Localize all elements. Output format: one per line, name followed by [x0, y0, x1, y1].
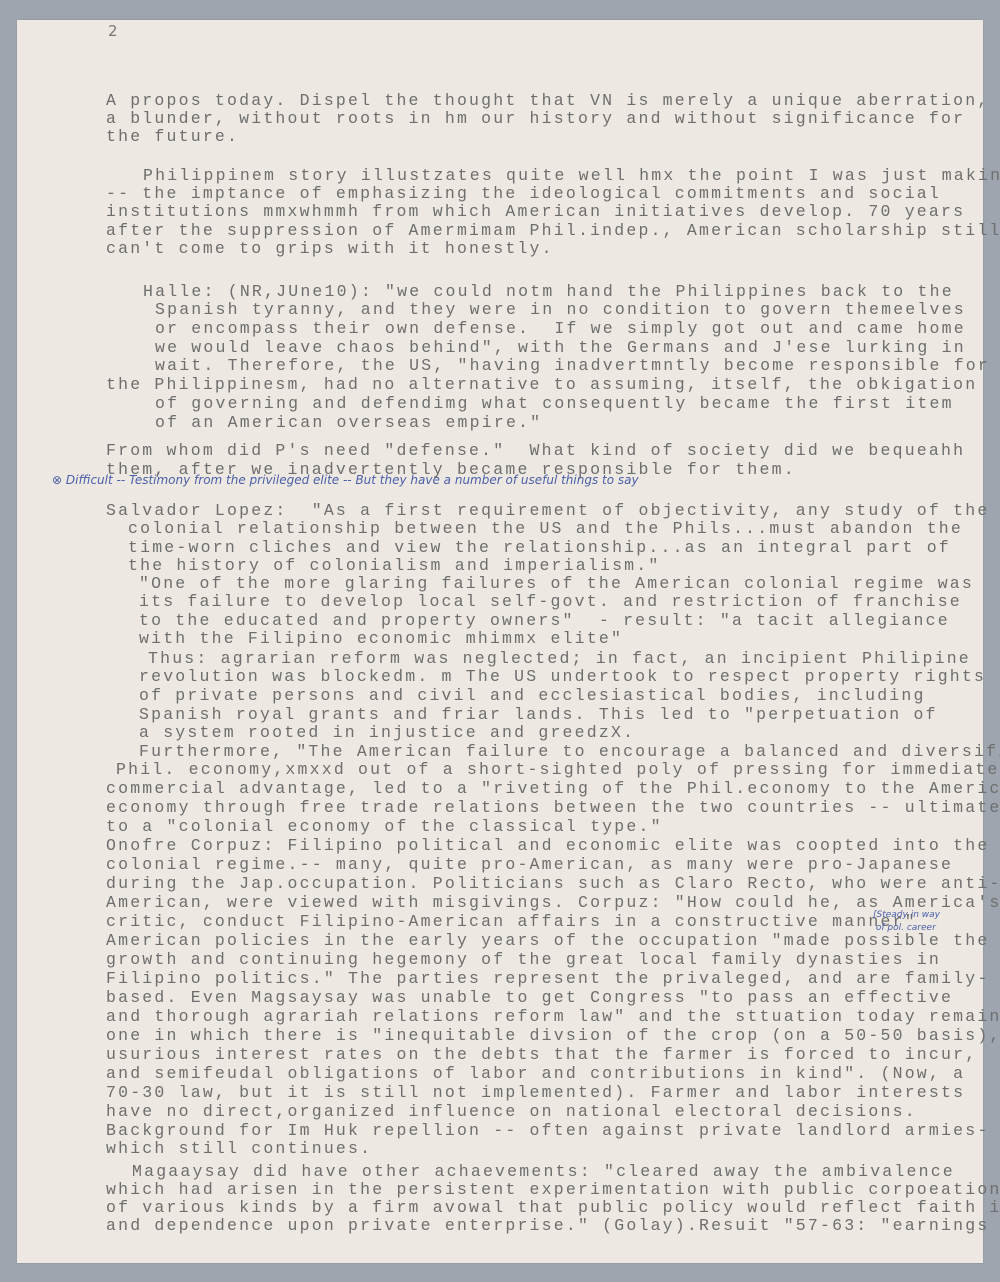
text-line: American policies in the early years of …: [106, 932, 989, 950]
text-line: Onofre Corpuz: Filipino political and ec…: [106, 837, 989, 855]
text-line: its failure to develop local self-govt. …: [139, 593, 962, 611]
text-line: colonial regime.-- many, quite pro-Ameri…: [106, 856, 953, 874]
handwritten-note: of pol. career: [873, 923, 936, 933]
text-line: a system rooted in injustice and greedzX…: [139, 724, 635, 742]
text-line: can't come to grips with it honestly.: [106, 240, 554, 258]
text-line: with the Filipino economic mhimmx elite": [139, 630, 623, 648]
text-line: Filipino politics." The parties represen…: [106, 970, 989, 988]
text-line: to the educated and property owners" - r…: [139, 612, 950, 630]
text-line: based. Even Magsaysay was unable to get …: [106, 989, 953, 1007]
text-line: growth and continuing hegemony of the gr…: [106, 951, 941, 969]
handwritten-note: ⊗ Difficult -- Testimony from the privil…: [52, 473, 639, 487]
text-line: of various kinds by a firm avowal that p…: [106, 1199, 1000, 1217]
text-line: 70-30 law, but it is still not implement…: [106, 1084, 965, 1102]
text-line: institutions mmxwhmmh from which America…: [106, 203, 965, 221]
text-line: revolution was blockedm. m The US undert…: [139, 668, 986, 686]
text-line: critic, conduct Filipino-American affair…: [106, 913, 917, 931]
page-number: 2: [108, 22, 118, 40]
text-line: and semifeudal obligations of labor and …: [106, 1065, 965, 1083]
text-line: a blunder, without roots in hm our histo…: [106, 110, 965, 128]
text-line: commercial advantage, led to a "riveting…: [106, 780, 1000, 798]
text-line: of an American overseas empire.": [155, 414, 542, 432]
text-line: Thus: agrarian reform was neglected; in …: [148, 650, 971, 668]
text-line: the history of colonialism and imperiali…: [128, 557, 660, 575]
text-line: wait. Therefore, the US, "having inadver…: [155, 357, 990, 375]
text-line: Magaaysay did have other achaevements: "…: [132, 1163, 955, 1181]
text-line: we would leave chaos behind", with the G…: [155, 339, 966, 357]
text-line: to a "colonial economy of the classical …: [106, 818, 663, 836]
handwritten-note: [Steady in way: [873, 910, 940, 920]
text-line: the future.: [106, 128, 239, 146]
text-line: American, were viewed with misgivings. C…: [106, 894, 1000, 912]
text-line: "One of the more glaring failures of the…: [139, 575, 974, 593]
text-line: and dependence upon private enterprise."…: [106, 1217, 989, 1235]
text-line: Philippinem story illustzates quite well…: [143, 167, 1000, 185]
text-line: Salvador Lopez: "As a first requirement …: [106, 502, 989, 520]
text-line: A propos today. Dispel the thought that …: [106, 92, 989, 110]
text-line: of private persons and civil and ecclesi…: [139, 687, 926, 705]
text-line: Background for Im Huk repellion -- often…: [106, 1122, 1000, 1140]
text-line: colonial relationship between the US and…: [128, 520, 963, 538]
text-line: of governing and defendimg what conseque…: [155, 395, 954, 413]
text-line: one in which there is "inequitable divsi…: [106, 1027, 1000, 1045]
text-line: Halle: (NR,JUne10): "we could notm hand …: [143, 283, 954, 301]
text-line: Furthermore, "The American failure to en…: [139, 743, 1000, 761]
text-line: From whom did P's need "defense." What k…: [106, 442, 965, 460]
text-line: usurious interest rates on the debts tha…: [106, 1046, 977, 1064]
text-line: -- the imptance of emphasizing the ideol…: [106, 185, 941, 203]
text-line: Spanish tyranny, and they were in no con…: [155, 301, 966, 319]
text-line: after the suppression of Amermimam Phil.…: [106, 222, 1000, 240]
text-line: have no direct,organized influence on na…: [106, 1103, 917, 1121]
text-line: Spanish royal grants and friar lands. Th…: [139, 706, 938, 724]
text-line: which still continues.: [106, 1140, 372, 1158]
text-line: Phil. economy,xmxxd out of a short-sight…: [116, 761, 999, 779]
text-line: and thorough agrariah relations reform l…: [106, 1008, 1000, 1026]
text-line: time-worn cliches and view the relations…: [128, 539, 951, 557]
text-line: during the Jap.occupation. Politicians s…: [106, 875, 1000, 893]
text-line: which had arisen in the persistent exper…: [106, 1181, 1000, 1199]
text-line: economy through free trade relations bet…: [106, 799, 1000, 817]
text-line: or encompass their own defense. If we si…: [155, 320, 966, 338]
text-line: the Philippinesm, had no alternative to …: [106, 376, 977, 394]
